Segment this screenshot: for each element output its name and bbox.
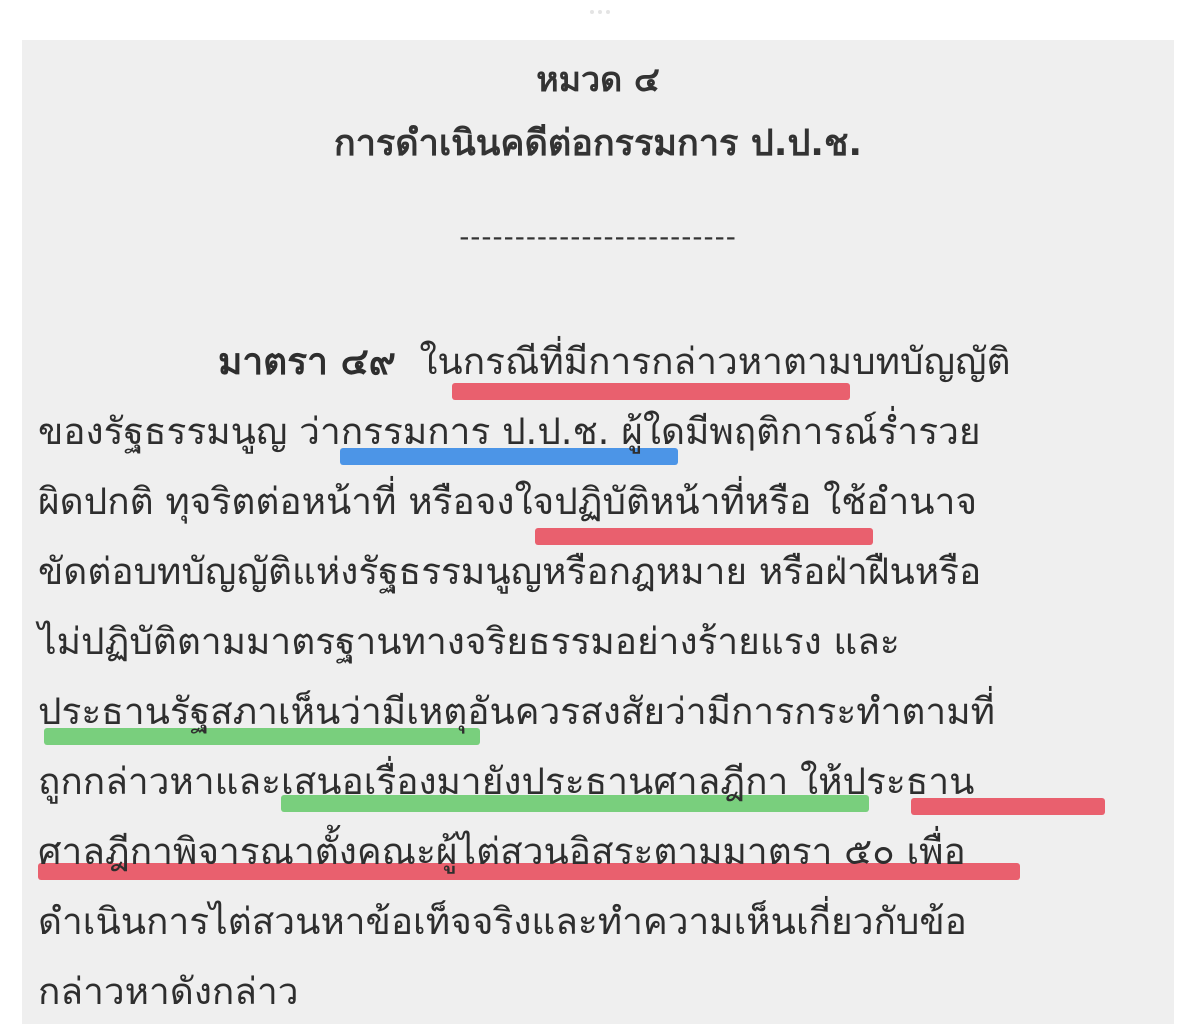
- chapter-heading: หมวด ๔: [22, 52, 1174, 106]
- separator-line: -------------------------: [22, 220, 1174, 253]
- section-label: มาตรา ๔๙: [218, 340, 396, 383]
- section-first-line: มาตรา ๔๙ ในกรณีที่มีการกล่าวหาตามบทบัญญั…: [218, 332, 1011, 391]
- body-line-5: ไม่ปฏิบัติตามมาตรฐานทางจริยธรรมอย่างร้าย…: [38, 612, 900, 671]
- page-indicator-dots: [588, 8, 612, 16]
- body-line-9: ดำเนินการไต่สวนหาข้อเท็จจริงและทำความเห็…: [38, 892, 967, 951]
- body-line-3: ผิดปกติ ทุจริตต่อหน้าที่ หรือจงใจปฏิบัติ…: [38, 472, 977, 531]
- body-line-10: กล่าวหาดังกล่าว: [38, 962, 299, 1021]
- body-line-2: ของรัฐธรรมนูญ ว่ากรรมการ ป.ป.ช. ผู้ใดมีพ…: [38, 402, 981, 461]
- body-line-8: ศาลฎีกาพิจารณาตั้งคณะผู้ไต่สวนอิสระตามมา…: [38, 822, 966, 881]
- body-line-1: ในกรณีที่มีการกล่าวหาตามบทบัญญัติ: [419, 340, 1010, 383]
- document-page: หมวด ๔ การดำเนินคดีต่อกรรมการ ป.ป.ช. ---…: [22, 40, 1174, 1024]
- chapter-title: การดำเนินคดีต่อกรรมการ ป.ป.ช.: [22, 114, 1174, 171]
- body-line-7: ถูกกล่าวหาและเสนอเรื่องมายังประธานศาลฎีก…: [38, 752, 974, 811]
- body-line-4: ขัดต่อบทบัญญัติแห่งรัฐธรรมนูญหรือกฎหมาย …: [38, 542, 981, 601]
- body-line-6: ประธานรัฐสภาเห็นว่ามีเหตุอันควรสงสัยว่าม…: [38, 682, 995, 741]
